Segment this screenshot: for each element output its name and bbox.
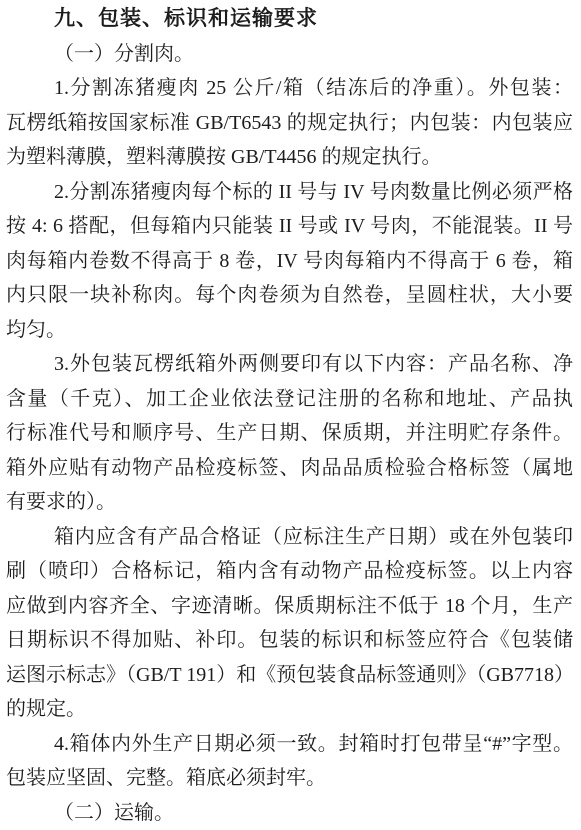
- text-line: 1.分割冻猪瘦肉 25 公斤/箱（结冻后的净重）。外包装：: [6, 71, 573, 106]
- text-line: 日期标识不得加贴、补印。包装的标识和标签应符合《包装储: [6, 623, 573, 658]
- text-line: 为塑料薄膜，塑料薄膜按 GB/T4456 的规定执行。: [6, 140, 573, 175]
- text-line: 应做到内容齐全、字迹清晰。保质期标注不低于 18 个月，生产: [6, 589, 573, 624]
- text-line: 含量（千克）、加工企业依法登记注册的名称和地址、产品执: [6, 382, 573, 417]
- text-line: 肉每箱内卷数不得高于 8 卷，IV 号肉每箱内不得高于 6 卷，箱: [6, 244, 573, 279]
- text-line: 刷（喷印）合格标记，箱内含有动物产品检疫标签。以上内容: [6, 554, 573, 589]
- text-line: 行标准代号和顺序号、生产日期、保质期，并注明贮存条件。: [6, 416, 573, 451]
- text-line: 运图示标志》（GB/T 191）和《预包装食品标签通则》（GB7718）: [6, 658, 573, 693]
- text-line: 箱外应贴有动物产品检疫标签、肉品品质检验合格标签（属地: [6, 451, 573, 486]
- section-heading: 九、包装、标识和运输要求: [6, 2, 573, 37]
- text-line: 4.箱体内外生产日期必须一致。封箱时打包带呈“#”字型。: [6, 727, 573, 762]
- text-line: 有要求的）。: [6, 485, 573, 520]
- subsection-heading-transport: （二）运输。: [6, 796, 573, 830]
- text-line: 瓦楞纸箱按国家标准 GB/T6543 的规定执行；内包装：内包装应: [6, 106, 573, 141]
- text-line: 包装应坚固、完整。箱底必须封牢。: [6, 761, 573, 796]
- subsection-heading-cut-meat: （一）分割肉。: [6, 37, 573, 72]
- text-line: 箱内应含有产品合格证（应标注生产日期）或在外包装印: [6, 520, 573, 555]
- document-page: 九、包装、标识和运输要求 （一）分割肉。 1.分割冻猪瘦肉 25 公斤/箱（结冻…: [0, 0, 581, 830]
- text-line: 的规定。: [6, 692, 573, 727]
- text-line: 按 4: 6 搭配，但每箱内只能装 II 号或 IV 号肉，不能混装。II 号: [6, 209, 573, 244]
- text-line: 均匀。: [6, 313, 573, 348]
- text-line: 3.外包装瓦楞纸箱外两侧要印有以下内容：产品名称、净: [6, 347, 573, 382]
- text-line: 2.分割冻猪瘦肉每个标的 II 号与 IV 号肉数量比例必须严格: [6, 175, 573, 210]
- text-line: 内只限一块补称肉。每个肉卷须为自然卷，呈圆柱状，大小要: [6, 278, 573, 313]
